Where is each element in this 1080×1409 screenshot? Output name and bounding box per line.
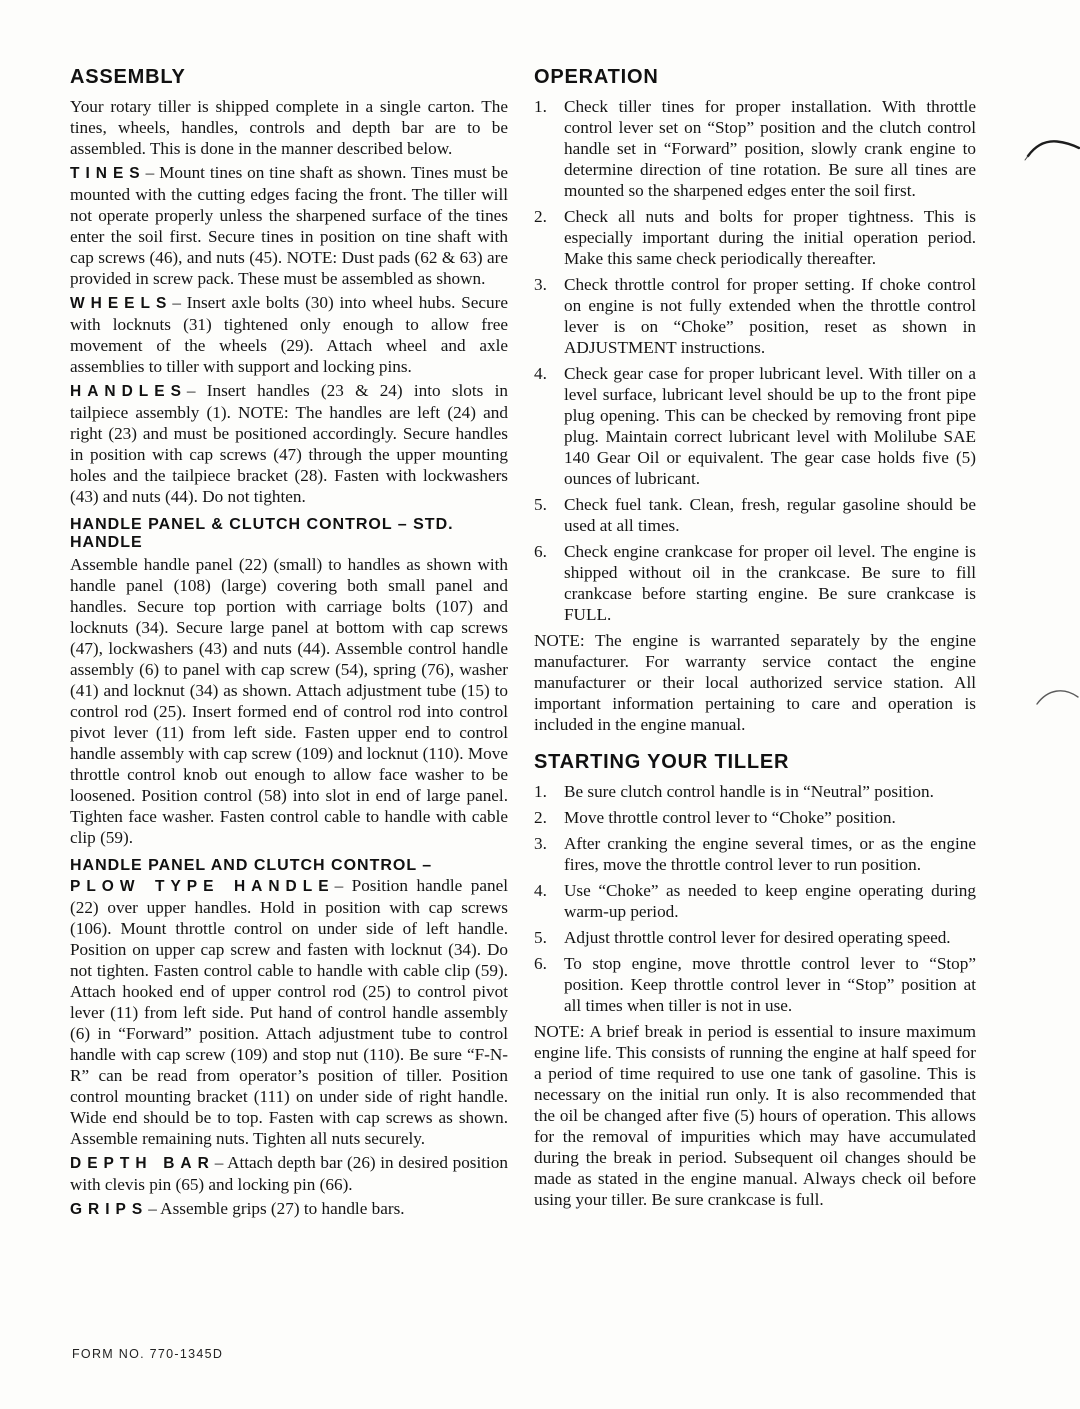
list-number: 5. — [534, 927, 564, 948]
starting-item-6: 6.To stop engine, move throttle control … — [534, 953, 976, 1016]
scan-mark-top-right — [1022, 132, 1080, 162]
operation-heading: OPERATION — [534, 66, 976, 89]
list-number: 6. — [534, 953, 564, 1016]
tines-paragraph: TINES– Mount tines on tine shaft as show… — [70, 162, 508, 289]
list-text: Be sure clutch control handle is in “Neu… — [564, 781, 976, 802]
operation-item-3: 3.Check throttle control for proper sett… — [534, 274, 976, 358]
tines-label: TINES — [70, 165, 146, 182]
std-handle-paragraph: Assemble handle panel (22) (small) to ha… — [70, 554, 508, 848]
std-handle-heading: HANDLE PANEL & CLUTCH CONTROL – STD. HAN… — [70, 516, 508, 552]
list-number: 4. — [534, 880, 564, 922]
depth-bar-paragraph: DEPTH BAR– Attach depth bar (26) in desi… — [70, 1152, 508, 1195]
wheels-label: WHEELS — [70, 295, 172, 312]
two-column-layout: ASSEMBLY Your rotary tiller is shipped c… — [70, 66, 976, 1220]
starting-item-5: 5.Adjust throttle control lever for desi… — [534, 927, 976, 948]
list-text: Move throttle control lever to “Choke” p… — [564, 807, 976, 828]
starting-item-4: 4.Use “Choke” as needed to keep engine o… — [534, 880, 976, 922]
assembly-intro-paragraph: Your rotary tiller is shipped complete i… — [70, 96, 508, 159]
form-number: FORM NO. 770-1345D — [72, 1347, 223, 1361]
operation-item-6: 6.Check engine crankcase for proper oil … — [534, 541, 976, 625]
handles-paragraph: HANDLES– Insert handles (23 & 24) into s… — [70, 380, 508, 507]
starting-list: 1.Be sure clutch control handle is in “N… — [534, 781, 976, 1016]
grips-label: GRIPS — [70, 1201, 148, 1218]
list-number: 5. — [534, 494, 564, 536]
plow-handle-label: PLOW TYPE HANDLE — [70, 878, 335, 895]
plow-handle-paragraph: PLOW TYPE HANDLE– Position handle panel … — [70, 875, 508, 1149]
list-text: To stop engine, move throttle control le… — [564, 953, 976, 1016]
operation-item-5: 5.Check fuel tank. Clean, fresh, regular… — [534, 494, 976, 536]
break-in-note: NOTE: A brief break in period is essenti… — [534, 1021, 976, 1210]
operation-item-4: 4.Check gear case for proper lubricant l… — [534, 363, 976, 489]
list-text: Adjust throttle control lever for desire… — [564, 927, 976, 948]
list-text: Check tiller tines for proper installati… — [564, 96, 976, 201]
list-number: 1. — [534, 781, 564, 802]
operation-list: 1.Check tiller tines for proper installa… — [534, 96, 976, 625]
list-text: Check engine crankcase for proper oil le… — [564, 541, 976, 625]
grips-text: – Assemble grips (27) to handle bars. — [148, 1199, 404, 1218]
operation-item-2: 2.Check all nuts and bolts for proper ti… — [534, 206, 976, 269]
handles-label: HANDLES — [70, 383, 187, 400]
starting-item-1: 1.Be sure clutch control handle is in “N… — [534, 781, 976, 802]
list-text: Use “Choke” as needed to keep engine ope… — [564, 880, 976, 922]
list-number: 4. — [534, 363, 564, 489]
plow-handle-text: – Position handle panel (22) over upper … — [70, 876, 508, 1148]
list-number: 3. — [534, 274, 564, 358]
list-number: 1. — [534, 96, 564, 201]
list-text: Check gear case for proper lubricant lev… — [564, 363, 976, 489]
plow-handle-heading: HANDLE PANEL AND CLUTCH CONTROL – — [70, 857, 508, 875]
engine-warranty-note: NOTE: The engine is warranted separately… — [534, 630, 976, 735]
manual-page: ASSEMBLY Your rotary tiller is shipped c… — [0, 0, 1080, 1409]
starting-item-3: 3.After cranking the engine several time… — [534, 833, 976, 875]
list-text: Check all nuts and bolts for proper tigh… — [564, 206, 976, 269]
scan-mark-mid-right — [1034, 680, 1080, 714]
list-number: 6. — [534, 541, 564, 625]
wheels-paragraph: WHEELS– Insert axle bolts (30) into whee… — [70, 292, 508, 377]
list-text: Check throttle control for proper settin… — [564, 274, 976, 358]
starting-item-2: 2.Move throttle control lever to “Choke”… — [534, 807, 976, 828]
assembly-heading: ASSEMBLY — [70, 66, 508, 89]
list-number: 2. — [534, 206, 564, 269]
starting-heading: STARTING YOUR TILLER — [534, 751, 976, 774]
operation-column: OPERATION 1.Check tiller tines for prope… — [534, 66, 976, 1220]
list-number: 3. — [534, 833, 564, 875]
operation-item-1: 1.Check tiller tines for proper installa… — [534, 96, 976, 201]
depth-bar-label: DEPTH BAR — [70, 1155, 215, 1172]
list-text: After cranking the engine several times,… — [564, 833, 976, 875]
list-text: Check fuel tank. Clean, fresh, regular g… — [564, 494, 976, 536]
list-number: 2. — [534, 807, 564, 828]
assembly-column: ASSEMBLY Your rotary tiller is shipped c… — [70, 66, 508, 1220]
grips-paragraph: GRIPS– Assemble grips (27) to handle bar… — [70, 1198, 508, 1220]
